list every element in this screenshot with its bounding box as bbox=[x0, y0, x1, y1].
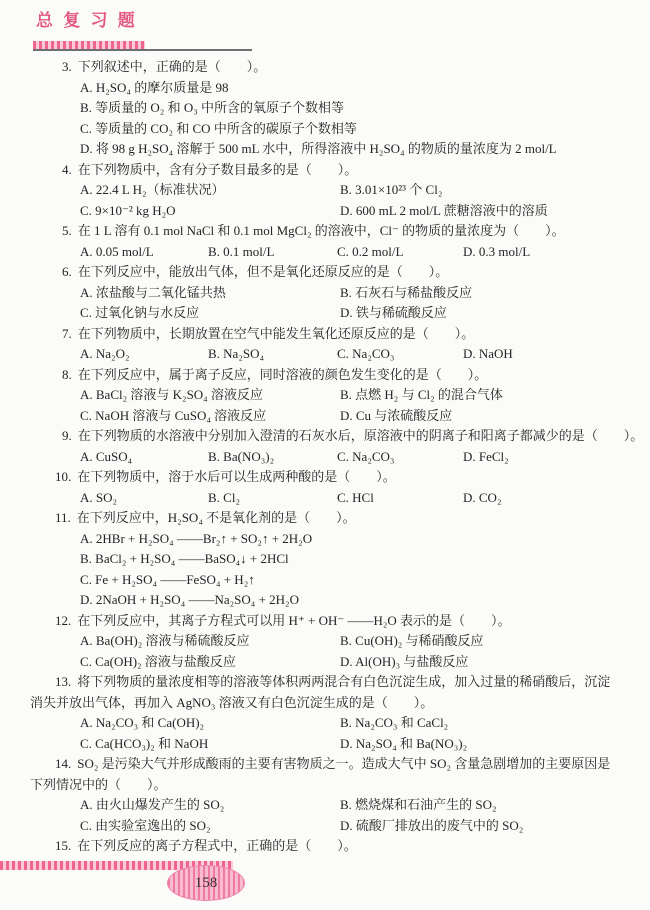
question-11-stem: 11.在下列反应中，H₂SO₄ 不是氧化剂的是（ ）。 bbox=[30, 508, 622, 529]
question-13-options-row-2: C. Ca(HCO₃)₂ 和 NaOHD. Na₂SO₄ 和 Ba(NO₃)₂ bbox=[80, 734, 622, 755]
question-text: 在下列反应中，H₂SO₄ 不是氧化剂的是（ ）。 bbox=[77, 510, 356, 525]
option-a: A. 由火山爆发产生的 SO₂ bbox=[80, 795, 340, 816]
question-5-options-row: A. 0.05 mol/LB. 0.1 mol/LC. 0.2 mol/LD. … bbox=[80, 242, 622, 263]
question-number: 11. bbox=[55, 510, 71, 525]
question-number: 3. bbox=[62, 59, 72, 74]
question-7-options-row: A. Na₂O₂B. Na₂SO₄C. Na₂CO₃D. NaOH bbox=[80, 344, 622, 365]
question-number: 5. bbox=[62, 223, 72, 238]
question-text: 在 1 L 溶有 0.1 mol NaCl 和 0.1 mol MgCl₂ 的溶… bbox=[78, 223, 565, 238]
question-4-stem: 4.在下列物质中，含有分子数目最多的是（ ）。 bbox=[30, 160, 622, 181]
question-number: 6. bbox=[62, 264, 72, 279]
option-a: A. SO₂ bbox=[80, 488, 208, 509]
question-12-options-row-1: A. Ba(OH)₂ 溶液与稀硫酸反应B. Cu(OH)₂ 与稀硝酸反应 bbox=[80, 631, 622, 652]
question-6-options-row-2: C. 过氧化钠与水反应D. 铁与稀硫酸反应 bbox=[80, 303, 622, 324]
question-number: 9. bbox=[62, 428, 72, 443]
question-number: 13. bbox=[55, 674, 71, 689]
question-7: 7.在下列物质中，长期放置在空气中能发生氧化还原反应的是（ ）。 A. Na₂O… bbox=[30, 324, 622, 365]
question-number: 10. bbox=[55, 469, 71, 484]
option-a: A. CuSO₄ bbox=[80, 447, 208, 468]
option-a: A. 0.05 mol/L bbox=[80, 242, 208, 263]
page-number-badge: 158 bbox=[167, 865, 245, 901]
option-b: B. 石灰石与稀盐酸反应 bbox=[340, 283, 622, 304]
option-d: D. 600 mL 2 mol/L 蔗糖溶液中的溶质 bbox=[340, 201, 622, 222]
question-14: 14.SO₂ 是污染大气并形成酸雨的主要有害物质之一。造成大气中 SO₂ 含量急… bbox=[30, 754, 622, 836]
option-c: C. HCl bbox=[337, 488, 463, 509]
question-4-options-row-2: C. 9×10⁻² kg H₂OD. 600 mL 2 mol/L 蔗糖溶液中的… bbox=[80, 201, 622, 222]
question-13: 13.将下列物质的量浓度相等的溶液等体积两两混合有白色沉淀生成，加入过量的稀硝酸… bbox=[30, 672, 622, 754]
question-6: 6.在下列反应中，能放出气体，但不是氧化还原反应的是（ ）。 A. 浓盐酸与二氧… bbox=[30, 262, 622, 324]
question-number: 8. bbox=[62, 367, 72, 382]
option-d: D. CO₂ bbox=[463, 488, 622, 509]
option-c: C. 由实验室逸出的 SO₂ bbox=[80, 816, 340, 837]
question-15-stem: 15.在下列反应的离子方程式中，正确的是（ ）。 bbox=[30, 836, 622, 857]
question-text: 在下列物质中，长期放置在空气中能发生氧化还原反应的是（ ）。 bbox=[78, 326, 475, 341]
page-number: 158 bbox=[195, 875, 218, 892]
option-d: D. NaOH bbox=[463, 344, 622, 365]
option-a: A. Na₂CO₃ 和 Ca(OH)₂ bbox=[80, 713, 340, 734]
question-4: 4.在下列物质中，含有分子数目最多的是（ ）。 A. 22.4 L H₂（标准状… bbox=[30, 160, 622, 222]
option-b: B. 0.1 mol/L bbox=[208, 242, 337, 263]
question-text: 在下列物质的水溶液中分别加入澄清的石灰水后，原溶液中的阴离子和阳离子都减少的是（… bbox=[78, 428, 644, 443]
option-d: D. Na₂SO₄ 和 Ba(NO₃)₂ bbox=[340, 734, 622, 755]
option-c: C. 0.2 mol/L bbox=[337, 242, 463, 263]
question-11-option-d: D. 2NaOH + H₂SO₄ ——Na₂SO₄ + 2H₂O bbox=[30, 590, 622, 611]
question-text: 在下列反应中，其离子方程式可以用 H⁺ + OH⁻ ——H₂O 表示的是（ ）。 bbox=[77, 613, 510, 628]
option-a: A. Na₂O₂ bbox=[80, 344, 208, 365]
option-b: B. Na₂CO₃ 和 CaCl₂ bbox=[340, 713, 622, 734]
question-5-stem: 5.在 1 L 溶有 0.1 mol NaCl 和 0.1 mol MgCl₂ … bbox=[30, 221, 622, 242]
option-b: B. 燃烧煤和石油产生的 SO₂ bbox=[340, 795, 622, 816]
option-a: A. 浓盐酸与二氧化锰共热 bbox=[80, 283, 340, 304]
question-13-stem: 13.将下列物质的量浓度相等的溶液等体积两两混合有白色沉淀生成，加入过量的稀硝酸… bbox=[30, 672, 622, 713]
question-9-stem: 9.在下列物质的水溶液中分别加入澄清的石灰水后，原溶液中的阴离子和阳离子都减少的… bbox=[30, 426, 622, 447]
question-14-stem: 14.SO₂ 是污染大气并形成酸雨的主要有害物质之一。造成大气中 SO₂ 含量急… bbox=[30, 754, 622, 795]
question-text: 在下列反应的离子方程式中，正确的是（ ）。 bbox=[77, 838, 357, 853]
question-14-options-row-1: A. 由火山爆发产生的 SO₂B. 燃烧煤和石油产生的 SO₂ bbox=[80, 795, 622, 816]
question-3-option-c: C. 等质量的 CO₂ 和 CO 中所含的碳原子个数相等 bbox=[30, 119, 622, 140]
question-text: 下列叙述中，正确的是（ ）。 bbox=[78, 59, 267, 74]
question-8: 8.在下列反应中，属于离子反应，同时溶液的颜色发生变化的是（ ）。 A. BaC… bbox=[30, 365, 622, 427]
question-8-stem: 8.在下列反应中，属于离子反应，同时溶液的颜色发生变化的是（ ）。 bbox=[30, 365, 622, 386]
option-b: B. Na₂SO₄ bbox=[208, 344, 337, 365]
question-11: 11.在下列反应中，H₂SO₄ 不是氧化剂的是（ ）。 A. 2HBr + H₂… bbox=[30, 508, 622, 611]
option-d: D. Al(OH)₃ 与盐酸反应 bbox=[340, 652, 622, 673]
question-10-options-row: A. SO₂B. Cl₂C. HClD. CO₂ bbox=[80, 488, 622, 509]
question-text: 在下列物质中，含有分子数目最多的是（ ）。 bbox=[78, 162, 358, 177]
question-number: 15. bbox=[55, 838, 71, 853]
option-c: C. Ca(HCO₃)₂ 和 NaOH bbox=[80, 734, 340, 755]
question-11-option-c: C. Fe + H₂SO₄ ——FeSO₄ + H₂↑ bbox=[30, 570, 622, 591]
question-number: 4. bbox=[62, 162, 72, 177]
option-c: C. NaOH 溶液与 CuSO₄ 溶液反应 bbox=[80, 406, 340, 427]
option-a: A. BaCl₂ 溶液与 K₂SO₄ 溶液反应 bbox=[80, 385, 340, 406]
question-9: 9.在下列物质的水溶液中分别加入澄清的石灰水后，原溶液中的阴离子和阳离子都减少的… bbox=[30, 426, 622, 467]
question-6-stem: 6.在下列反应中，能放出气体，但不是氧化还原反应的是（ ）。 bbox=[30, 262, 622, 283]
question-10-stem: 10.在下列物质中，溶于水后可以生成两种酸的是（ ）。 bbox=[30, 467, 622, 488]
question-text: SO₂ 是污染大气并形成酸雨的主要有害物质之一。造成大气中 SO₂ 含量急剧增加… bbox=[30, 756, 610, 792]
question-15: 15.在下列反应的离子方程式中，正确的是（ ）。 bbox=[30, 836, 622, 857]
question-9-options-row: A. CuSO₄B. Ba(NO₃)₂C. Na₂CO₃D. FeCl₂ bbox=[80, 447, 622, 468]
option-b: B. Ba(NO₃)₂ bbox=[208, 447, 337, 468]
question-4-options-row-1: A. 22.4 L H₂（标准状况）B. 3.01×10²³ 个 Cl₂ bbox=[80, 180, 622, 201]
question-number: 7. bbox=[62, 326, 72, 341]
question-3-option-b: B. 等质量的 O₂ 和 O₃ 中所含的氧原子个数相等 bbox=[30, 98, 622, 119]
page-title: 总 复 习 题 bbox=[36, 6, 138, 31]
option-c: C. Ca(OH)₂ 溶液与盐酸反应 bbox=[80, 652, 340, 673]
question-text: 在下列物质中，溶于水后可以生成两种酸的是（ ）。 bbox=[77, 469, 396, 484]
question-12-options-row-2: C. Ca(OH)₂ 溶液与盐酸反应D. Al(OH)₃ 与盐酸反应 bbox=[80, 652, 622, 673]
option-a: A. Ba(OH)₂ 溶液与稀硫酸反应 bbox=[80, 631, 340, 652]
option-c: C. 过氧化钠与水反应 bbox=[80, 303, 340, 324]
question-8-options-row-2: C. NaOH 溶液与 CuSO₄ 溶液反应D. Cu 与浓硫酸反应 bbox=[80, 406, 622, 427]
question-5: 5.在 1 L 溶有 0.1 mol NaCl 和 0.1 mol MgCl₂ … bbox=[30, 221, 622, 262]
option-b: B. 3.01×10²³ 个 Cl₂ bbox=[340, 180, 622, 201]
option-d: D. FeCl₂ bbox=[463, 447, 622, 468]
header-stripe-decoration bbox=[33, 41, 145, 49]
question-3-stem: 3.下列叙述中，正确的是（ ）。 bbox=[30, 57, 622, 78]
questions-list: 3.下列叙述中，正确的是（ ）。 A. H₂SO₄ 的摩尔质量是 98 B. 等… bbox=[30, 57, 622, 857]
option-c: C. Na₂CO₃ bbox=[337, 447, 463, 468]
option-c: C. 9×10⁻² kg H₂O bbox=[80, 201, 340, 222]
question-3: 3.下列叙述中，正确的是（ ）。 A. H₂SO₄ 的摩尔质量是 98 B. 等… bbox=[30, 57, 622, 160]
option-a: A. 22.4 L H₂（标准状况） bbox=[80, 180, 340, 201]
question-3-option-a: A. H₂SO₄ 的摩尔质量是 98 bbox=[30, 78, 622, 99]
option-b: B. Cu(OH)₂ 与稀硝酸反应 bbox=[340, 631, 622, 652]
question-7-stem: 7.在下列物质中，长期放置在空气中能发生氧化还原反应的是（ ）。 bbox=[30, 324, 622, 345]
question-14-options-row-2: C. 由实验室逸出的 SO₂D. 硫酸厂排放出的废气中的 SO₂ bbox=[80, 816, 622, 837]
question-12: 12.在下列反应中，其离子方程式可以用 H⁺ + OH⁻ ——H₂O 表示的是（… bbox=[30, 611, 622, 673]
header-rule-line bbox=[33, 49, 252, 51]
option-d: D. Cu 与浓硫酸反应 bbox=[340, 406, 622, 427]
question-13-options-row-1: A. Na₂CO₃ 和 Ca(OH)₂B. Na₂CO₃ 和 CaCl₂ bbox=[80, 713, 622, 734]
question-3-option-d: D. 将 98 g H₂SO₄ 溶解于 500 mL 水中，所得溶液中 H₂SO… bbox=[30, 139, 622, 160]
question-number: 14. bbox=[55, 756, 71, 771]
question-text: 在下列反应中，能放出气体，但不是氧化还原反应的是（ ）。 bbox=[78, 264, 449, 279]
question-text: 在下列反应中，属于离子反应，同时溶液的颜色发生变化的是（ ）。 bbox=[78, 367, 488, 382]
question-6-options-row-1: A. 浓盐酸与二氧化锰共热B. 石灰石与稀盐酸反应 bbox=[80, 283, 622, 304]
option-b: B. Cl₂ bbox=[208, 488, 337, 509]
option-c: C. Na₂CO₃ bbox=[337, 344, 463, 365]
option-d: D. 0.3 mol/L bbox=[463, 242, 622, 263]
question-number: 12. bbox=[55, 613, 71, 628]
question-11-option-a: A. 2HBr + H₂SO₄ ——Br₂↑ + SO₂↑ + 2H₂O bbox=[30, 529, 622, 550]
option-d: D. 硫酸厂排放出的废气中的 SO₂ bbox=[340, 816, 622, 837]
option-d: D. 铁与稀硫酸反应 bbox=[340, 303, 622, 324]
question-text: 将下列物质的量浓度相等的溶液等体积两两混合有白色沉淀生成，加入过量的稀硝酸后，沉… bbox=[30, 674, 610, 710]
textbook-page: 总 复 习 题 3.下列叙述中，正确的是（ ）。 A. H₂SO₄ 的摩尔质量是… bbox=[0, 0, 650, 910]
question-12-stem: 12.在下列反应中，其离子方程式可以用 H⁺ + OH⁻ ——H₂O 表示的是（… bbox=[30, 611, 622, 632]
question-11-option-b: B. BaCl₂ + H₂SO₄ ——BaSO₄↓ + 2HCl bbox=[30, 549, 622, 570]
question-8-options-row-1: A. BaCl₂ 溶液与 K₂SO₄ 溶液反应B. 点燃 H₂ 与 Cl₂ 的混… bbox=[80, 385, 622, 406]
option-b: B. 点燃 H₂ 与 Cl₂ 的混合气体 bbox=[340, 385, 622, 406]
question-10: 10.在下列物质中，溶于水后可以生成两种酸的是（ ）。 A. SO₂B. Cl₂… bbox=[30, 467, 622, 508]
